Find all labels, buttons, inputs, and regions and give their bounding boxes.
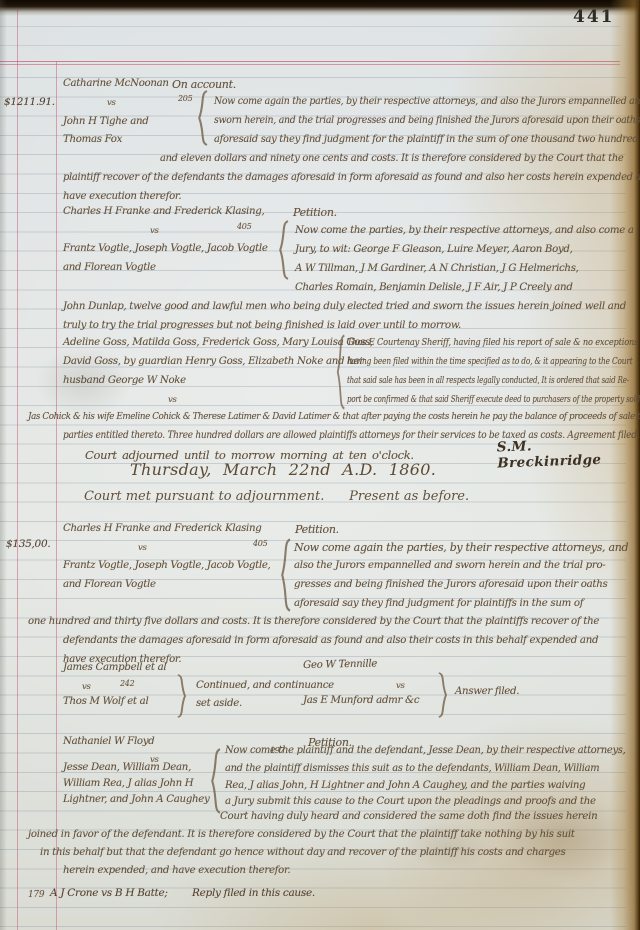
cause-of-action: Petition.	[293, 206, 337, 219]
ledger-page: 441 $1211.91. Catharine McNoonan On acco…	[0, 0, 640, 930]
versus-abbreviation: vs	[150, 226, 159, 236]
case-defendants: Jas E Munford admr &c	[303, 695, 419, 706]
case-brace	[277, 220, 290, 280]
docket-number: 179	[28, 890, 44, 900]
entry-body-line: aforesaid say they find judgment for the…	[214, 134, 638, 145]
entry-body-line: Court having duly heard and considered t…	[220, 811, 597, 822]
session-date-heading: Thursday, March 22nd A.D. 1860.	[130, 460, 436, 479]
ruled-line-top	[0, 45, 620, 46]
entry-body-line: Now come the plaintiff and the defendant…	[225, 745, 625, 756]
margin-rule-vertical	[56, 61, 57, 930]
versus-abbreviation: vs	[168, 395, 177, 405]
entry-body-line: a Jury submit this cause to the Court up…	[225, 796, 596, 807]
entry-note-line: Answer filed.	[455, 686, 519, 697]
case-brace	[437, 672, 449, 718]
page-top-edge	[0, 0, 640, 16]
cause-of-action: Petition.	[295, 523, 339, 536]
case-defendants: Thos M Wolf et al	[63, 696, 148, 707]
case-defendants: Frantz Vogtle, Joseph Vogtle, Jacob Vogt…	[63, 560, 271, 571]
case-plaintiff: husband George W Noke	[63, 375, 186, 386]
case-brace	[279, 538, 292, 612]
entry-body-line: Now come again the parties, by their res…	[294, 541, 628, 554]
case-caption: A J Crone vs B H Batte;	[50, 887, 168, 899]
case-brace	[196, 90, 209, 146]
entry-body-line: also the Jurors empannelled and sworn he…	[294, 560, 605, 571]
case-brace	[209, 748, 222, 814]
entry-continuation-line: have execution therefor.	[63, 191, 181, 202]
case-defendants: and Florean Vogtle	[63, 579, 156, 590]
entry-body-line: Charles Romain, Benjamin Delisle, J F Ai…	[295, 282, 573, 293]
case-brace	[335, 334, 346, 410]
margin-amount: $135,00.	[6, 538, 50, 550]
case-defendants: and Florean Vogtle	[63, 262, 156, 273]
entry-continuation-line: in this behalf but that the defendant go…	[40, 847, 565, 858]
case-number: 242	[120, 679, 134, 688]
entry-body-line: Rea, J alias John, H Lightner and John A…	[225, 780, 585, 791]
case-plaintiff: Catharine McNoonan	[63, 78, 169, 89]
session-opening-line: Court met pursuant to adjournment. Prese…	[84, 489, 469, 504]
entry-body-line: having been filed within the time specif…	[347, 357, 633, 367]
margin-rule-vertical	[17, 10, 18, 930]
entry-body-line: Now come again the parties, by their res…	[214, 96, 640, 107]
case-number: 205	[178, 94, 192, 103]
case-brace	[176, 674, 188, 718]
case-number: 405	[237, 222, 251, 231]
ruled-line-top	[0, 26, 620, 27]
entry-body-line: that said sale has been in all respects …	[347, 376, 629, 386]
case-defendants: John H Tighe and	[63, 116, 148, 127]
entry-body-line: sworn herein, and the trial progresses a…	[214, 115, 640, 126]
case-plaintiff: Geo W Tennille	[303, 658, 377, 671]
case-plaintiff: James Campbell et al	[63, 662, 166, 673]
versus-abbreviation: vs	[138, 543, 147, 553]
case-plaintiff: David Goss, by guardian Henry Goss, Eliz…	[63, 356, 364, 367]
case-plaintiff: Nathaniel W Floyd	[63, 736, 154, 747]
entry-continuation-line: John Dunlap, twelve good and lawful men …	[63, 301, 626, 312]
case-defendants: William Rea, J alias John H	[63, 778, 193, 789]
header-rule-horizontal	[0, 61, 620, 62]
entry-body-line: Now come the parties, by their respectiv…	[295, 225, 634, 236]
entry-continuation-line: joined in favor of the defendant. It is …	[28, 829, 575, 840]
judge-signature: S.M. Breckinridge	[496, 435, 640, 472]
entry-continuation-line: defendants the damages aforesaid in form…	[63, 635, 598, 646]
page-number: 441	[573, 7, 615, 27]
versus-abbreviation: vs	[82, 682, 91, 692]
case-number: 405	[253, 539, 267, 548]
versus-abbreviation: vs	[107, 98, 116, 108]
entry-body-line: Thos E Courtenay Sheriff, having filed h…	[347, 338, 638, 348]
page-left-edge	[0, 0, 7, 930]
versus-abbreviation: vs	[396, 681, 405, 691]
entry-body-line: and eleven dollars and ninety one cents …	[160, 153, 623, 164]
case-defendants: Frantz Vogtle, Joseph Vogtle, Jacob Vogt…	[63, 243, 268, 254]
entry-continuation-line: plaintiff recover of the defendants the …	[63, 172, 640, 183]
entry-body-line: and the plaintiff dismisses this suit as…	[225, 763, 599, 774]
case-plaintiff: Charles H Franke and Frederick Klasing	[63, 523, 261, 534]
case-plaintiff: Charles H Franke and Frederick Klasing,	[63, 206, 264, 217]
entry-note-line: Reply filed in this cause.	[192, 887, 315, 899]
entry-body-line: Jury, to wit: George F Gleason, Luire Me…	[295, 244, 573, 255]
entry-body-line: aforesaid say they find judgment for pla…	[294, 598, 583, 609]
case-defendants: Jesse Dean, William Dean,	[63, 762, 191, 773]
entry-continuation-line: truly to try the trial progresses but no…	[63, 320, 461, 331]
entry-body-line: A W Tillman, J M Gardiner, A N Christian…	[295, 263, 579, 274]
entry-body-line: gresses and being finished the Jurors af…	[294, 579, 607, 590]
entry-body-line: port be confirmed & that said Sheriff ex…	[347, 395, 640, 405]
margin-amount: $1211.91.	[4, 96, 55, 108]
entry-continuation-line: Jas Cohick & his wife Emeline Cohick & T…	[28, 412, 640, 422]
header-rule-horizontal	[0, 64, 620, 65]
entry-note-line: set aside.	[196, 698, 242, 709]
case-plaintiff: Adeline Goss, Matilda Goss, Frederick Go…	[63, 337, 373, 348]
entry-note-line: Continued, and continuance	[196, 680, 334, 691]
entry-continuation-line: one hundred and thirty five dollars and …	[28, 616, 599, 627]
case-defendants: Thomas Fox	[63, 134, 122, 145]
entry-continuation-line: herein expended, and have execution ther…	[63, 865, 290, 876]
case-defendants: Lightner, and John A Caughey	[63, 794, 209, 805]
